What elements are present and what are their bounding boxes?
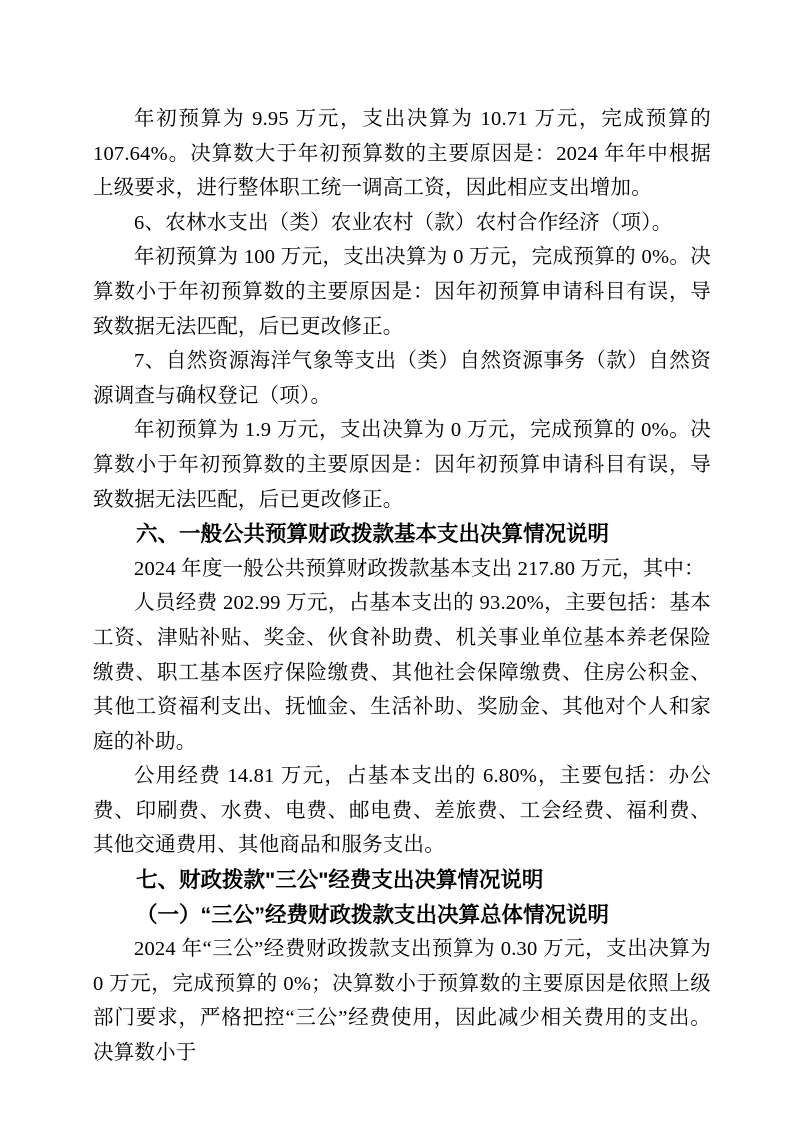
document-content: 年初预算为 9.95 万元，支出决算为 10.71 万元，完成预算的 107.6… bbox=[93, 102, 711, 1071]
body-paragraph: 6、农林水支出（类）农业农村（款）农村合作经济（项）。 bbox=[93, 206, 711, 241]
body-paragraph: 人员经费 202.99 万元，占基本支出的 93.20%，主要包括：基本工资、津… bbox=[93, 586, 711, 759]
body-paragraph: 2024 年度一般公共预算财政拨款基本支出 217.80 万元，其中： bbox=[93, 552, 711, 587]
body-paragraph: 年初预算为 100 万元，支出决算为 0 万元，完成预算的 0%。决算数小于年初… bbox=[93, 240, 711, 344]
body-paragraph: 年初预算为 1.9 万元，支出决算为 0 万元，完成预算的 0%。决算数小于年初… bbox=[93, 413, 711, 517]
section-heading-seven: 七、财政拨款"三公"经费支出决算情况说明 bbox=[93, 863, 711, 898]
subsection-heading-one: （一）“三公”经费财政拨款支出决算总体情况说明 bbox=[93, 898, 711, 933]
body-paragraph: 2024 年“三公”经费财政拨款支出预算为 0.30 万元，支出决算为 0 万元… bbox=[93, 932, 711, 1070]
section-heading-six: 六、一般公共预算财政拨款基本支出决算情况说明 bbox=[93, 517, 711, 552]
body-paragraph: 7、自然资源海洋气象等支出（类）自然资源事务（款）自然资源调查与确权登记（项）。 bbox=[93, 344, 711, 413]
body-paragraph: 年初预算为 9.95 万元，支出决算为 10.71 万元，完成预算的 107.6… bbox=[93, 102, 711, 206]
document-page: 年初预算为 9.95 万元，支出决算为 10.71 万元，完成预算的 107.6… bbox=[0, 0, 793, 1122]
body-paragraph: 公用经费 14.81 万元，占基本支出的 6.80%，主要包括：办公费、印刷费、… bbox=[93, 759, 711, 863]
